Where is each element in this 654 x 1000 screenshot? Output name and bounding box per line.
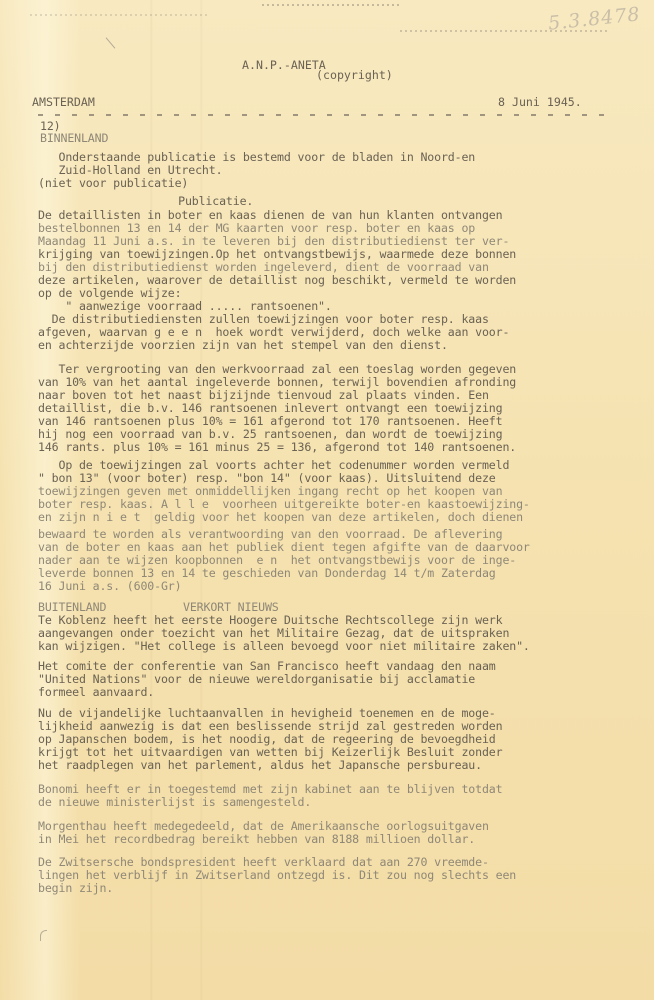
news-line: de nieuwe ministerlijst is samengesteld.	[38, 796, 311, 809]
archive-number: 5.3.8478	[547, 3, 641, 35]
body-line: (niet voor publicatie)	[38, 177, 188, 190]
pencil-stroke	[106, 37, 116, 48]
body-line: en achterzijde voorzien zijn van het ste…	[38, 339, 448, 352]
body-line: 146 rants. plus 10% = 161 minus 25 = 136…	[38, 441, 516, 454]
news-line: begin zijn.	[38, 882, 113, 895]
news-line: het raadplegen van het parlement, aldus …	[38, 759, 482, 772]
dateline-date: 8 Juni 1945.	[498, 95, 582, 109]
news-line: kan wijzigen. "Het college is alleen bev…	[38, 640, 530, 653]
pencil-mark	[40, 930, 47, 941]
typed-bulletin-page: 5.3.8478 A.N.P.-ANETA (copyright) AMSTER…	[0, 0, 654, 1000]
top-faint-strip	[30, 14, 210, 16]
body-line: 16 Juni a.s. (600-Gr)	[38, 580, 181, 593]
dashed-divider	[38, 114, 604, 116]
body-line: en zijn n i e t geldig voor het koopen v…	[38, 511, 523, 524]
dateline-place: AMSTERDAM	[32, 95, 95, 109]
copyright-note: (copyright)	[316, 68, 393, 82]
agency-name: A.N.P.-ANETA	[242, 58, 326, 72]
news-line: in Mei het recordbedrag bereikt hebben v…	[38, 833, 475, 846]
news-line: formeel aanvaard.	[38, 686, 154, 699]
section-heading-binnenland: BINNENLAND	[40, 132, 108, 145]
top-typed-strip	[262, 4, 402, 6]
subheading-publicatie: Publicatie.	[62, 195, 253, 208]
